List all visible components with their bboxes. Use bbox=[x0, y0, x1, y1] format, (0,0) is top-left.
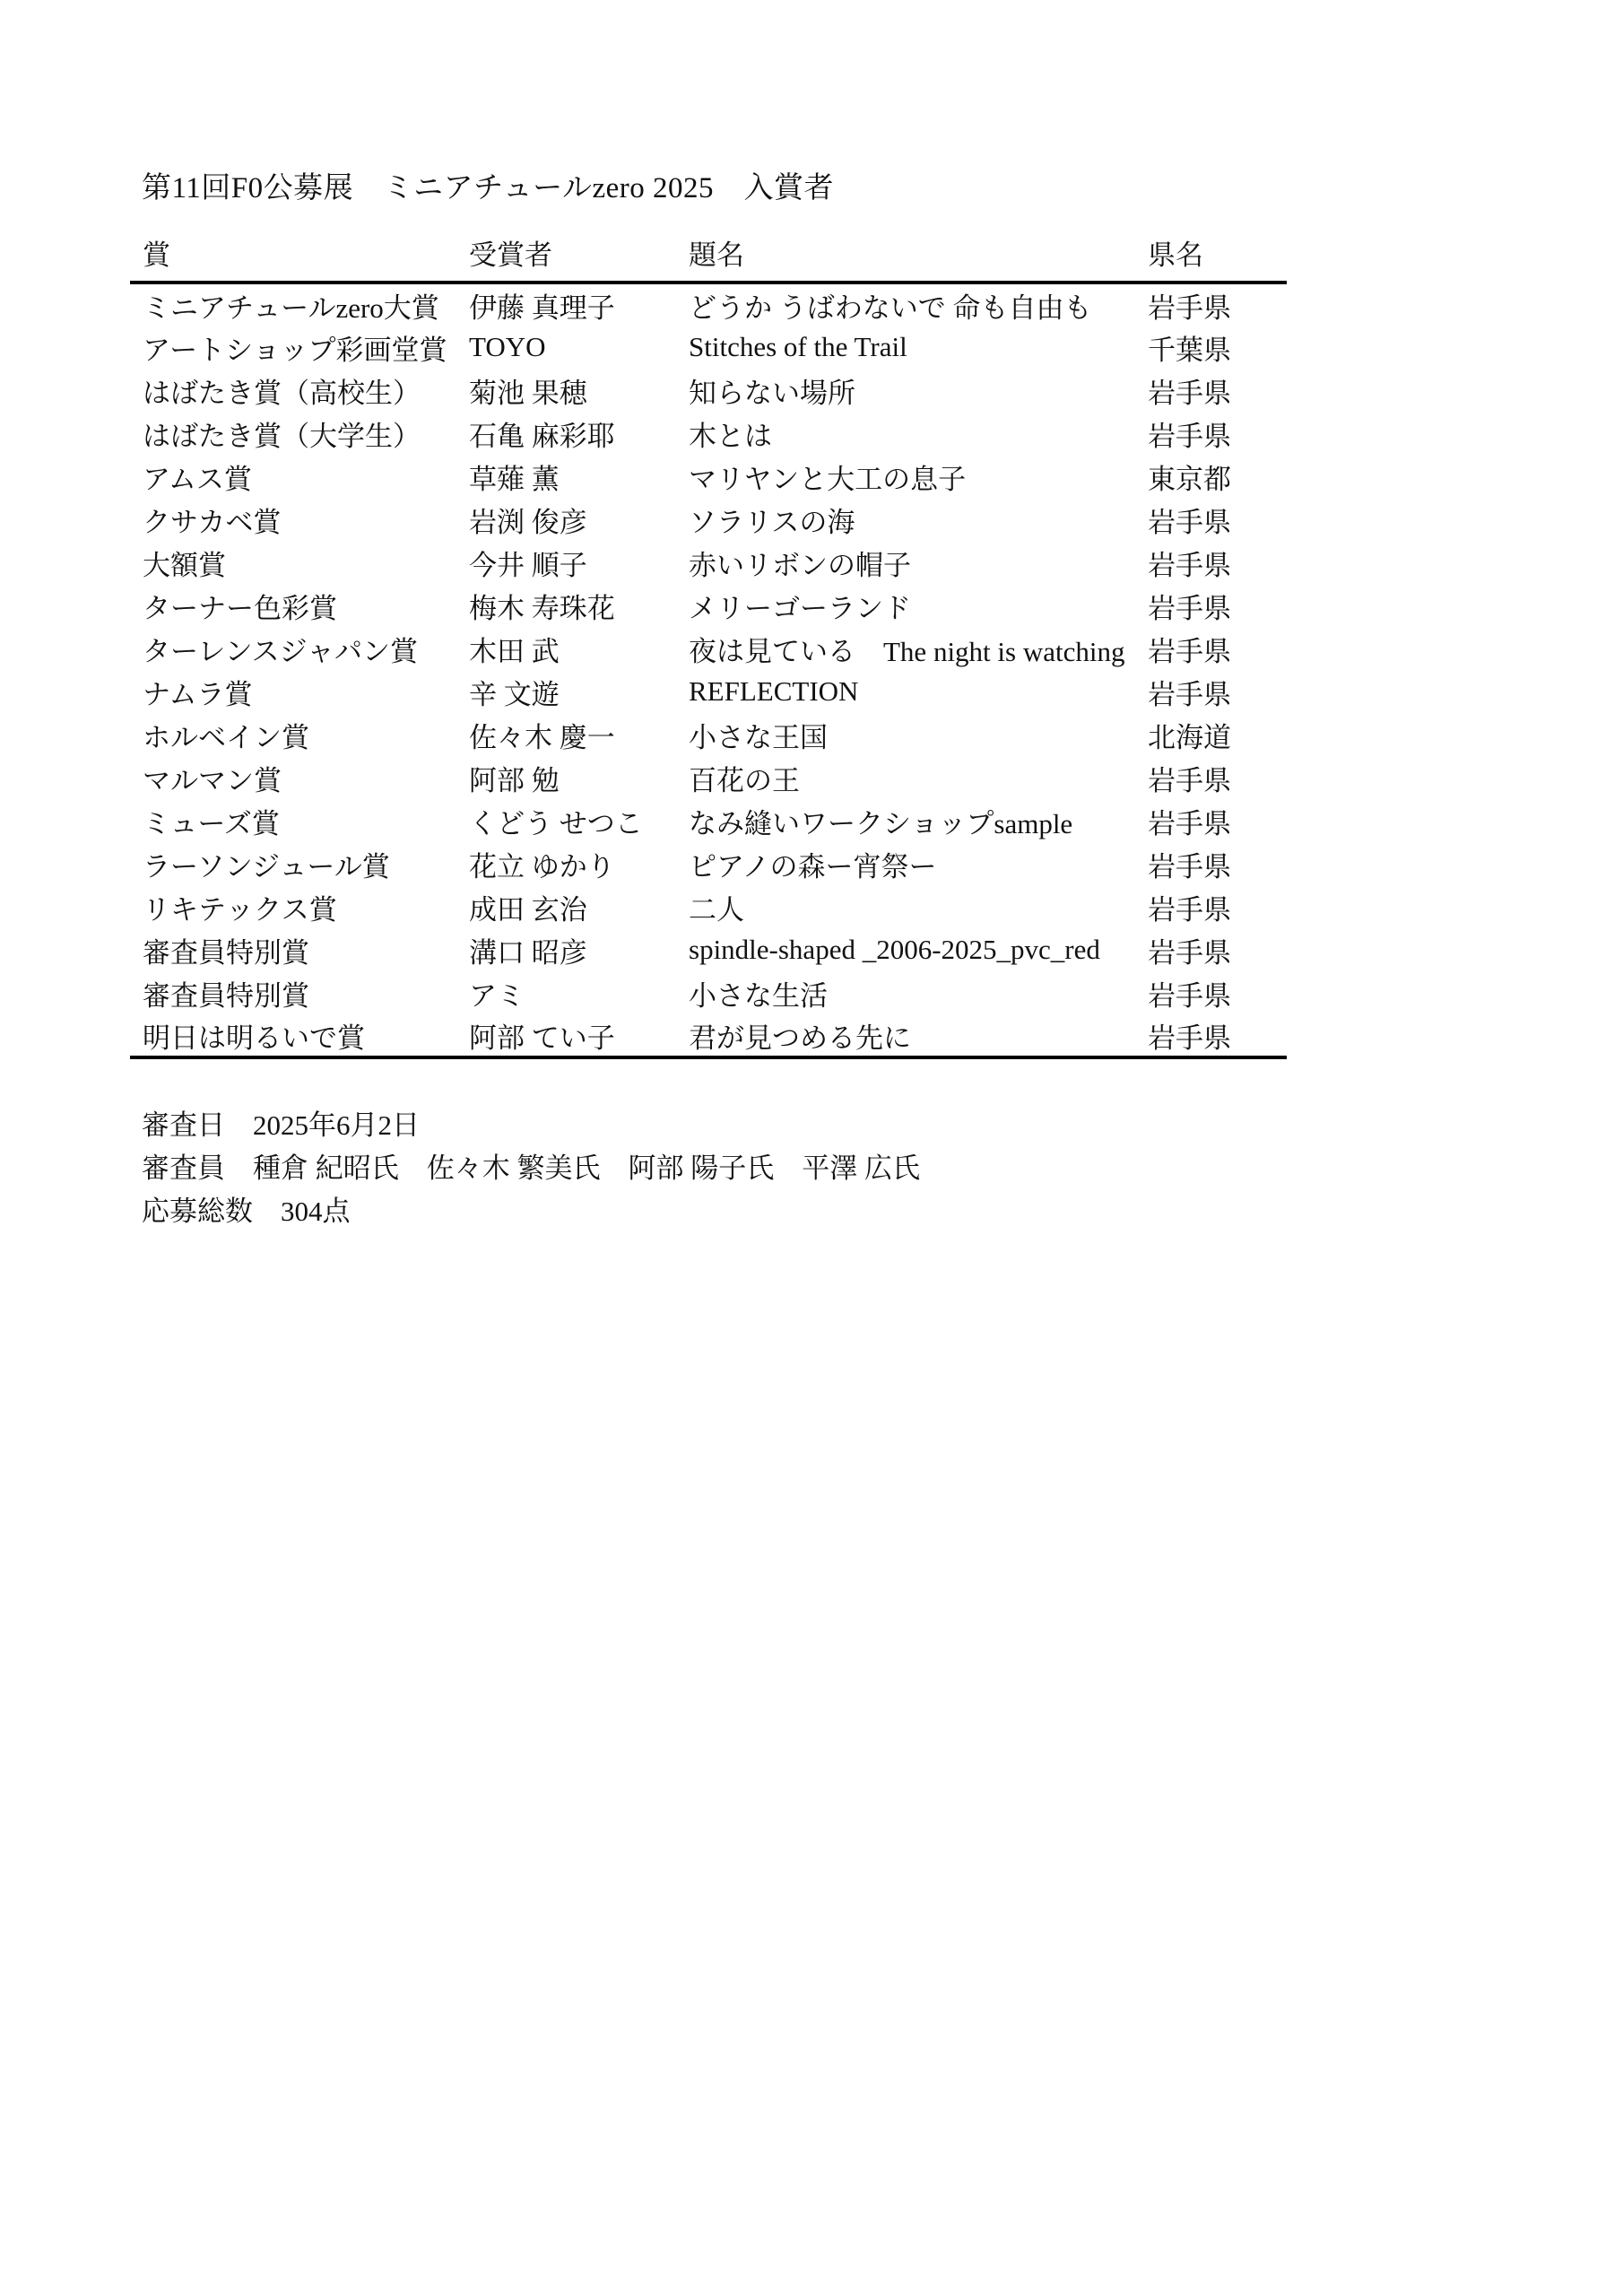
recipient-cell: 岩渕 俊彦 bbox=[469, 498, 689, 541]
table-row: 審査員特別賞アミ小さな生活岩手県 bbox=[130, 971, 1287, 1014]
table-row: マルマン賞阿部 勉百花の王岩手県 bbox=[130, 756, 1287, 799]
title-cell: Stitches of the Trail bbox=[689, 326, 1148, 369]
jurors-value: 種倉 紀昭氏 佐々木 繁美氏 阿部 陽子氏 平澤 広氏 bbox=[253, 1152, 920, 1184]
prefecture-cell: 岩手県 bbox=[1148, 842, 1287, 885]
table-row: ホルベイン賞佐々木 慶一小さな王国北海道 bbox=[130, 713, 1287, 756]
table-row: はばたき賞（高校生）菊池 果穂知らない場所岩手県 bbox=[130, 369, 1287, 412]
title-cell: 知らない場所 bbox=[689, 369, 1148, 412]
prefecture-cell: 岩手県 bbox=[1148, 885, 1287, 928]
title-cell: どうか うばわないで 命も自由も bbox=[689, 283, 1148, 326]
award-cell: 大額賞 bbox=[130, 541, 469, 584]
awards-table: 賞 受賞者 題名 県名 ミニアチュールzero大賞伊藤 真理子どうか うばわない… bbox=[130, 228, 1287, 1059]
title-cell: 君が見つめる先に bbox=[689, 1014, 1148, 1057]
award-cell: はばたき賞（大学生） bbox=[130, 412, 469, 455]
total-entries-line: 応募総数304点 bbox=[142, 1190, 920, 1233]
recipient-cell: 石亀 麻彩耶 bbox=[469, 412, 689, 455]
awards-table-body: ミニアチュールzero大賞伊藤 真理子どうか うばわないで 命も自由も岩手県アー… bbox=[130, 283, 1287, 1057]
title-cell: 木とは bbox=[689, 412, 1148, 455]
prefecture-cell: 北海道 bbox=[1148, 713, 1287, 756]
recipient-cell: 草薙 薫 bbox=[469, 455, 689, 498]
jury-date-label: 審査日 bbox=[142, 1109, 225, 1141]
table-row: ナムラ賞辛 文遊REFLECTION岩手県 bbox=[130, 670, 1287, 713]
prefecture-cell: 岩手県 bbox=[1148, 283, 1287, 326]
table-row: ミューズ賞くどう せつこなみ縫いワークショップsample岩手県 bbox=[130, 799, 1287, 842]
title-cell: メリーゴーランド bbox=[689, 584, 1148, 627]
total-entries-value: 304点 bbox=[281, 1196, 351, 1227]
prefecture-cell: 岩手県 bbox=[1148, 627, 1287, 670]
award-cell: ミューズ賞 bbox=[130, 799, 469, 842]
column-header-recipient: 受賞者 bbox=[469, 228, 689, 283]
column-header-award: 賞 bbox=[130, 228, 469, 283]
title-cell: ソラリスの海 bbox=[689, 498, 1148, 541]
prefecture-cell: 岩手県 bbox=[1148, 670, 1287, 713]
award-cell: リキテックス賞 bbox=[130, 885, 469, 928]
recipient-cell: アミ bbox=[469, 971, 689, 1014]
table-row: ミニアチュールzero大賞伊藤 真理子どうか うばわないで 命も自由も岩手県 bbox=[130, 283, 1287, 326]
award-cell: ミニアチュールzero大賞 bbox=[130, 283, 469, 326]
total-entries-label: 応募総数 bbox=[142, 1196, 253, 1227]
jury-date-line: 審査日2025年6月2日 bbox=[142, 1104, 920, 1147]
table-row: リキテックス賞成田 玄治二人岩手県 bbox=[130, 885, 1287, 928]
title-cell: 小さな王国 bbox=[689, 713, 1148, 756]
prefecture-cell: 岩手県 bbox=[1148, 498, 1287, 541]
prefecture-cell: 岩手県 bbox=[1148, 756, 1287, 799]
prefecture-cell: 岩手県 bbox=[1148, 541, 1287, 584]
title-cell: マリヤンと大工の息子 bbox=[689, 455, 1148, 498]
prefecture-cell: 岩手県 bbox=[1148, 584, 1287, 627]
document-page: 第11回F0公募展 ミニアチュールzero 2025 入賞者 賞 受賞者 題名 … bbox=[0, 0, 1623, 2296]
table-row: ターレンスジャパン賞木田 武夜は見ている The night is watchi… bbox=[130, 627, 1287, 670]
prefecture-cell: 岩手県 bbox=[1148, 928, 1287, 971]
column-header-prefecture: 県名 bbox=[1148, 228, 1287, 283]
table-row: 明日は明るいで賞阿部 てい子君が見つめる先に岩手県 bbox=[130, 1014, 1287, 1057]
recipient-cell: 阿部 勉 bbox=[469, 756, 689, 799]
table-row: アートショップ彩画堂賞TOYOStitches of the Trail千葉県 bbox=[130, 326, 1287, 369]
title-cell: REFLECTION bbox=[689, 670, 1148, 713]
award-cell: アムス賞 bbox=[130, 455, 469, 498]
recipient-cell: 伊藤 真理子 bbox=[469, 283, 689, 326]
recipient-cell: 成田 玄治 bbox=[469, 885, 689, 928]
award-cell: 審査員特別賞 bbox=[130, 971, 469, 1014]
table-row: 大額賞今井 順子赤いリボンの帽子岩手県 bbox=[130, 541, 1287, 584]
title-cell: 小さな生活 bbox=[689, 971, 1148, 1014]
table-row: アムス賞草薙 薫マリヤンと大工の息子東京都 bbox=[130, 455, 1287, 498]
prefecture-cell: 岩手県 bbox=[1148, 1014, 1287, 1057]
award-cell: ターナー色彩賞 bbox=[130, 584, 469, 627]
award-cell: クサカベ賞 bbox=[130, 498, 469, 541]
award-cell: マルマン賞 bbox=[130, 756, 469, 799]
title-cell: 赤いリボンの帽子 bbox=[689, 541, 1148, 584]
recipient-cell: 菊池 果穂 bbox=[469, 369, 689, 412]
award-cell: 審査員特別賞 bbox=[130, 928, 469, 971]
table-row: クサカベ賞岩渕 俊彦ソラリスの海岩手県 bbox=[130, 498, 1287, 541]
jurors-label: 審査員 bbox=[142, 1152, 225, 1184]
prefecture-cell: 岩手県 bbox=[1148, 369, 1287, 412]
recipient-cell: 辛 文遊 bbox=[469, 670, 689, 713]
award-cell: 明日は明るいで賞 bbox=[130, 1014, 469, 1057]
award-cell: ターレンスジャパン賞 bbox=[130, 627, 469, 670]
header-row: 賞 受賞者 題名 県名 bbox=[130, 228, 1287, 283]
title-cell: ピアノの森ー宵祭ー bbox=[689, 842, 1148, 885]
award-cell: ナムラ賞 bbox=[130, 670, 469, 713]
recipient-cell: 木田 武 bbox=[469, 627, 689, 670]
footer-block: 審査日2025年6月2日 審査員種倉 紀昭氏 佐々木 繁美氏 阿部 陽子氏 平澤… bbox=[142, 1104, 920, 1233]
page-title: 第11回F0公募展 ミニアチュールzero 2025 入賞者 bbox=[142, 164, 834, 206]
title-cell: なみ縫いワークショップsample bbox=[689, 799, 1148, 842]
title-cell: 夜は見ている The night is watching bbox=[689, 627, 1148, 670]
award-cell: ラーソンジュール賞 bbox=[130, 842, 469, 885]
award-cell: ホルベイン賞 bbox=[130, 713, 469, 756]
award-cell: アートショップ彩画堂賞 bbox=[130, 326, 469, 369]
table-row: はばたき賞（大学生）石亀 麻彩耶木とは岩手県 bbox=[130, 412, 1287, 455]
title-cell: 二人 bbox=[689, 885, 1148, 928]
recipient-cell: 花立 ゆかり bbox=[469, 842, 689, 885]
table-row: ターナー色彩賞梅木 寿珠花メリーゴーランド岩手県 bbox=[130, 584, 1287, 627]
jurors-line: 審査員種倉 紀昭氏 佐々木 繁美氏 阿部 陽子氏 平澤 広氏 bbox=[142, 1147, 920, 1190]
prefecture-cell: 岩手県 bbox=[1148, 971, 1287, 1014]
recipient-cell: 梅木 寿珠花 bbox=[469, 584, 689, 627]
table-row: 審査員特別賞溝口 昭彦spindle-shaped _2006-2025_pvc… bbox=[130, 928, 1287, 971]
award-cell: はばたき賞（高校生） bbox=[130, 369, 469, 412]
table-row: ラーソンジュール賞花立 ゆかりピアノの森ー宵祭ー岩手県 bbox=[130, 842, 1287, 885]
column-header-title: 題名 bbox=[689, 228, 1148, 283]
title-cell: spindle-shaped _2006-2025_pvc_red bbox=[689, 928, 1148, 971]
recipient-cell: くどう せつこ bbox=[469, 799, 689, 842]
recipient-cell: 溝口 昭彦 bbox=[469, 928, 689, 971]
recipient-cell: 佐々木 慶一 bbox=[469, 713, 689, 756]
recipient-cell: 今井 順子 bbox=[469, 541, 689, 584]
title-cell: 百花の王 bbox=[689, 756, 1148, 799]
jury-date-value: 2025年6月2日 bbox=[253, 1109, 420, 1141]
prefecture-cell: 千葉県 bbox=[1148, 326, 1287, 369]
prefecture-cell: 東京都 bbox=[1148, 455, 1287, 498]
recipient-cell: TOYO bbox=[469, 326, 689, 369]
prefecture-cell: 岩手県 bbox=[1148, 799, 1287, 842]
recipient-cell: 阿部 てい子 bbox=[469, 1014, 689, 1057]
awards-table-header: 賞 受賞者 題名 県名 bbox=[130, 228, 1287, 283]
prefecture-cell: 岩手県 bbox=[1148, 412, 1287, 455]
